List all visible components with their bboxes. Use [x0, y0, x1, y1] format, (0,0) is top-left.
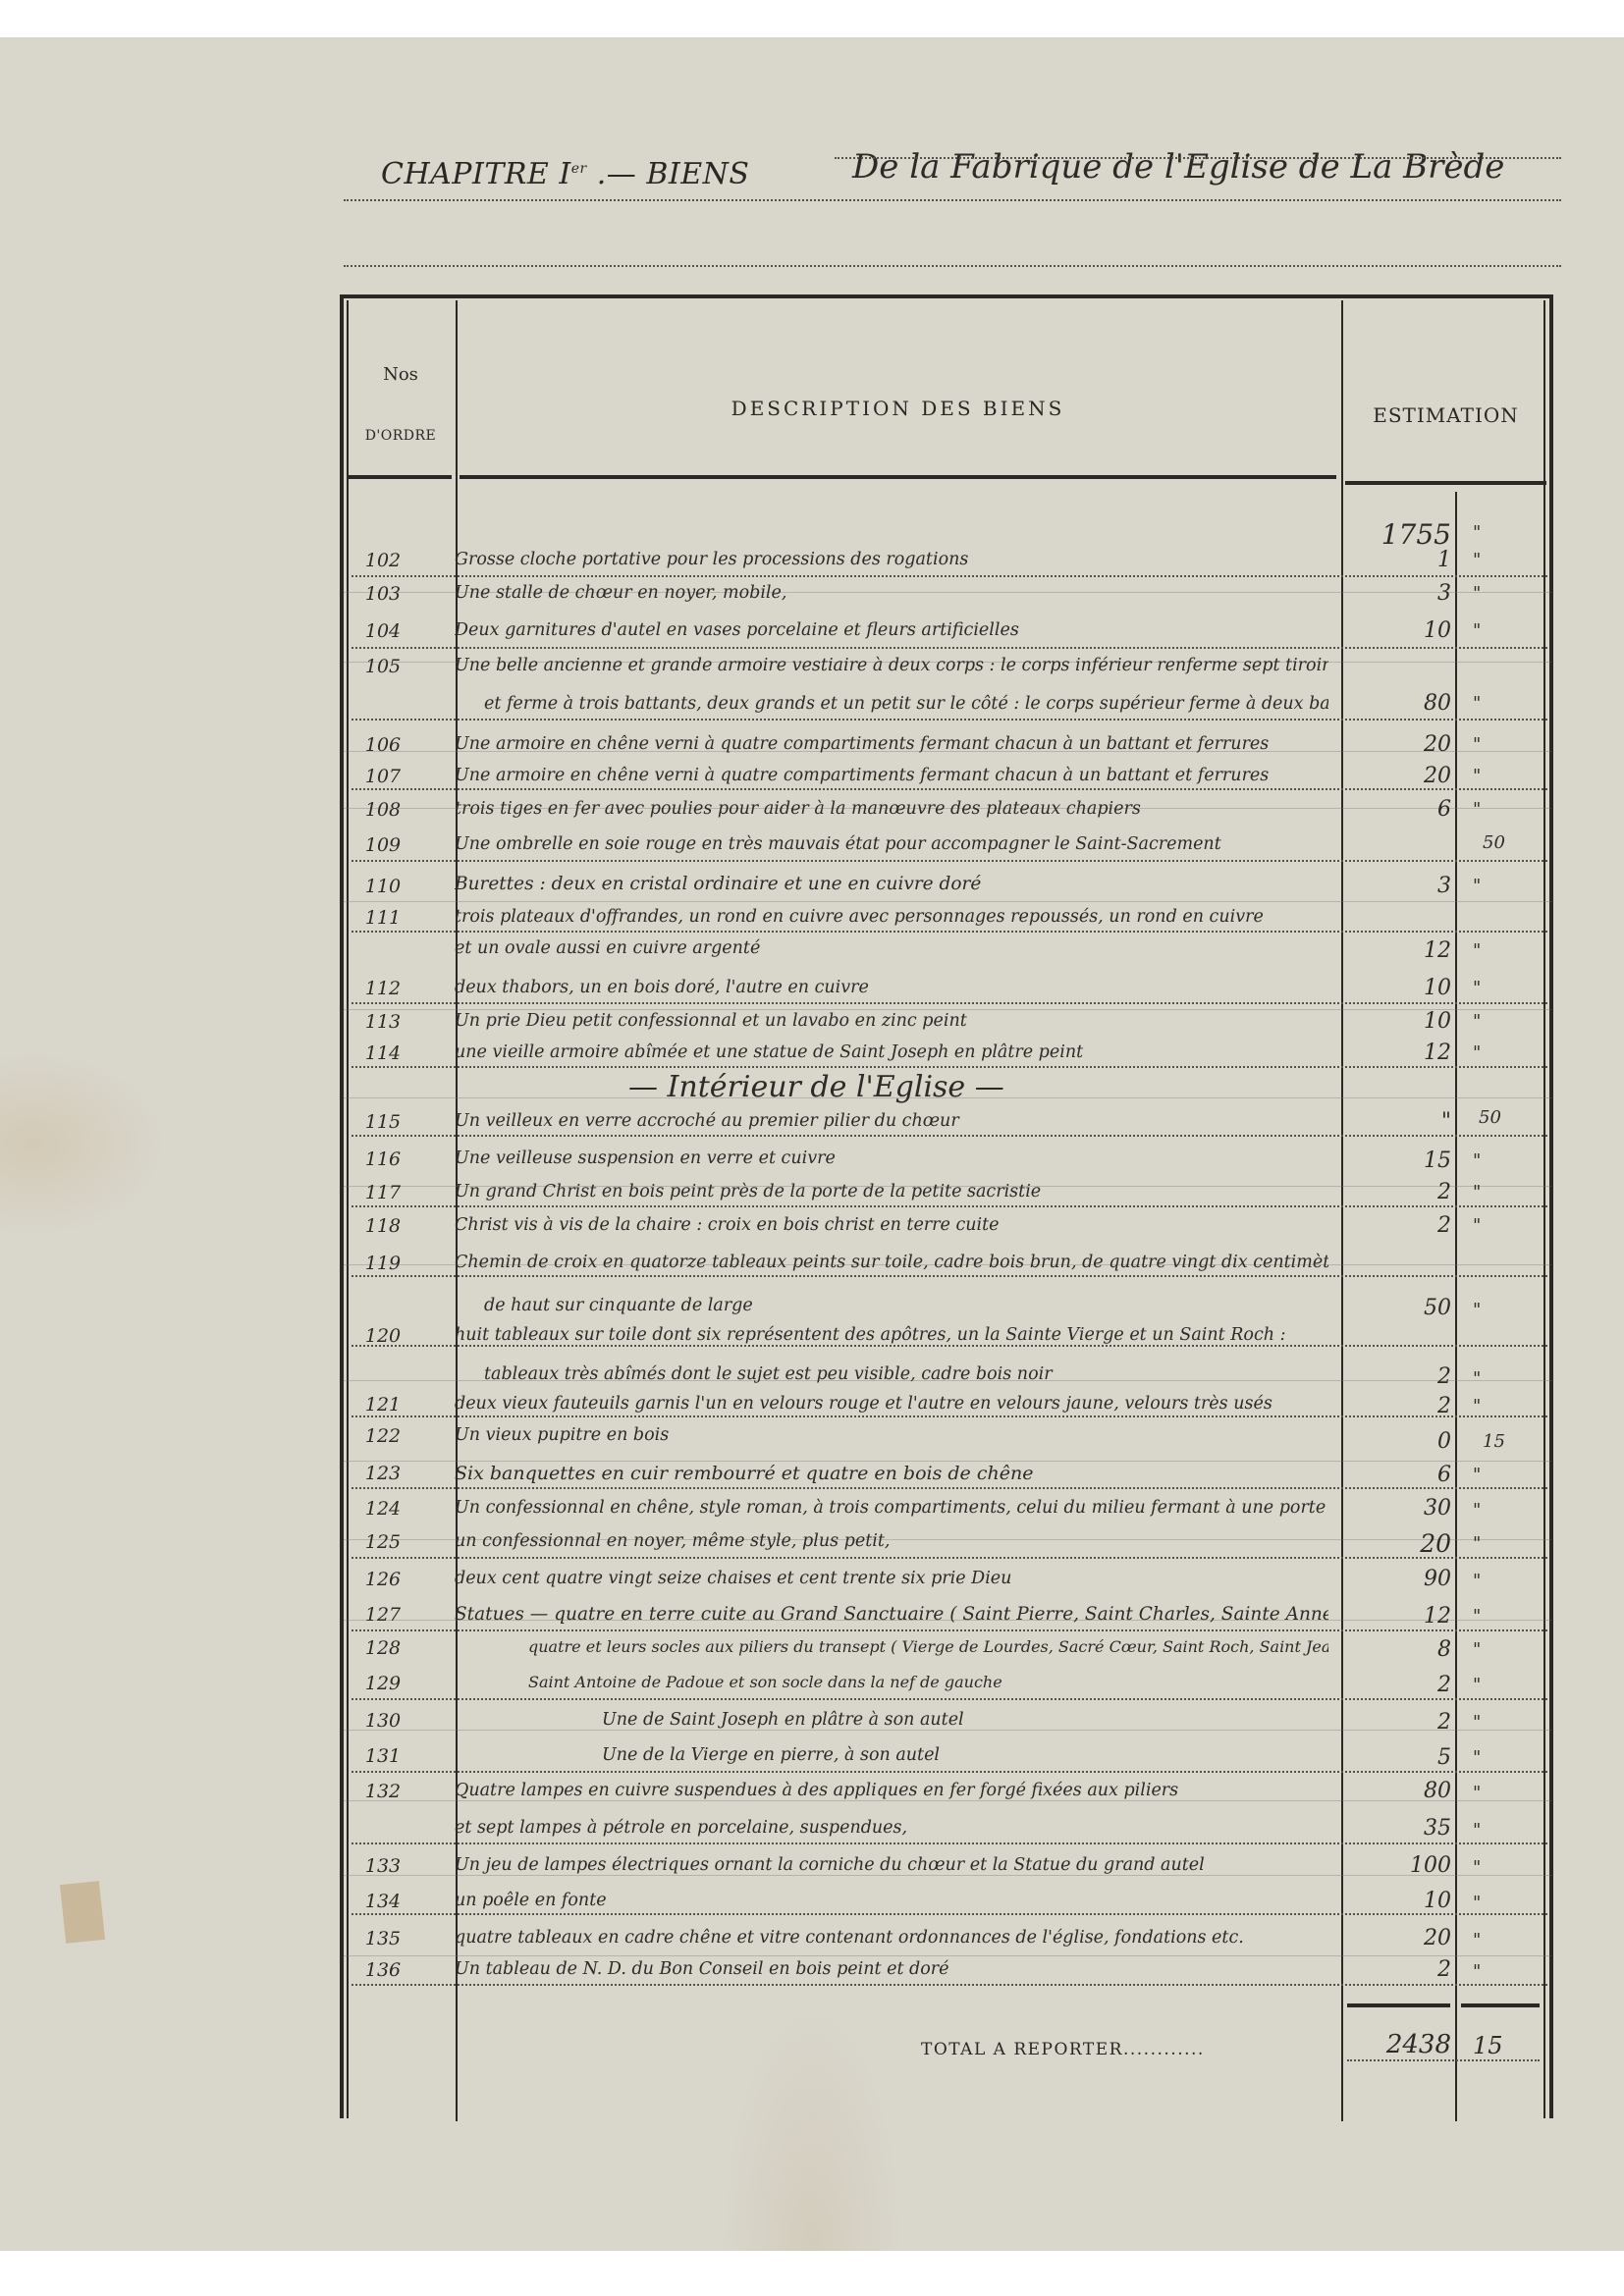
row-number: 117: [349, 1182, 417, 1203]
row-francs: 2: [1345, 1213, 1451, 1238]
row-description: deux vieux fauteuils garnis l'un en velo…: [455, 1394, 1328, 1414]
row-number: 106: [349, 734, 417, 756]
row-description: Une armoire en chêne verni à quatre comp…: [455, 766, 1328, 785]
table-top-border: [340, 294, 1551, 298]
row-centimes: ": [1473, 940, 1532, 961]
total-separator: [1347, 2003, 1450, 2007]
row-number: 118: [349, 1215, 417, 1237]
row-centimes: ": [1473, 1368, 1532, 1389]
row-francs: 12: [1345, 1604, 1451, 1629]
row-francs: 10: [1345, 976, 1451, 1000]
row-divider: [352, 1913, 1547, 1915]
row-number: 133: [349, 1855, 417, 1877]
row-number: 132: [349, 1781, 417, 1802]
row-number: 102: [349, 550, 417, 571]
row-description: Une belle ancienne et grande armoire ves…: [455, 656, 1328, 675]
row-centimes: ": [1473, 1215, 1532, 1236]
row-number: 112: [349, 978, 417, 999]
row-number: 120: [349, 1325, 417, 1347]
row-number: 123: [349, 1463, 417, 1484]
row-description: trois tiges en fer avec poulies pour aid…: [455, 799, 1328, 819]
row-francs: 2: [1345, 1364, 1451, 1389]
row-francs: 2: [1345, 1394, 1451, 1418]
row-centimes: ": [1473, 1820, 1532, 1841]
row-description: quatre tableaux en cadre chêne et vitre …: [455, 1928, 1328, 1948]
row-centimes: ": [1473, 1150, 1532, 1171]
row-number: 110: [349, 876, 417, 897]
row-number: 124: [349, 1498, 417, 1520]
chapter-heading: CHAPITRE Ier .— BIENS: [381, 157, 749, 191]
row-centimes: ": [1473, 1011, 1532, 1032]
row-description: Une veilleuse suspension en verre et cui…: [455, 1148, 1328, 1168]
row-divider: [352, 931, 1547, 933]
row-description: Chemin de croix en quatorze tableaux pei…: [455, 1253, 1328, 1272]
row-centimes: ": [1473, 1930, 1532, 1950]
row-francs: 20: [1345, 1926, 1451, 1950]
column-header-number-line1: Nos: [349, 364, 453, 385]
row-description: deux thabors, un en bois doré, l'autre e…: [455, 978, 1328, 997]
row-number: 125: [349, 1531, 417, 1553]
row-francs: 80: [1345, 691, 1451, 716]
row-centimes: ": [1473, 1783, 1532, 1803]
row-number: 113: [349, 1011, 417, 1033]
row-francs: 2: [1345, 1673, 1451, 1697]
row-description: Grosse cloche portative pour les process…: [455, 550, 1328, 569]
row-number: 119: [349, 1253, 417, 1274]
row-description: et ferme à trois battants, deux grands e…: [455, 694, 1328, 714]
row-centimes: ": [1473, 978, 1532, 998]
row-francs: 10: [1345, 1889, 1451, 1913]
row-francs: 100: [1345, 1853, 1451, 1878]
row-francs: 8: [1345, 1637, 1451, 1662]
row-centimes: ": [1473, 876, 1532, 896]
row-francs: 15: [1345, 1148, 1451, 1173]
row-francs: 5: [1345, 1745, 1451, 1770]
row-description: Un confessionnal en chêne, style roman, …: [455, 1498, 1328, 1518]
row-divider: [352, 1205, 1547, 1207]
column-header-description: DESCRIPTION DES BIENS: [460, 397, 1336, 420]
row-description: un poêle en fonte: [455, 1891, 1328, 1910]
row-number: 114: [349, 1042, 417, 1064]
row-francs: 3: [1345, 874, 1451, 898]
row-francs: 2: [1345, 1957, 1451, 1982]
row-number: 111: [349, 907, 417, 929]
row-francs: 12: [1345, 938, 1451, 963]
table-left-border: [340, 294, 344, 2118]
row-description: Un jeu de lampes électriques ornant la c…: [455, 1855, 1328, 1875]
table-right-inner-border: [1543, 300, 1545, 2118]
row-centimes: ": [1473, 1675, 1532, 1695]
total-separator: [1461, 2003, 1540, 2007]
ledger-page: CHAPITRE Ier .— BIENS De la Fabrique de …: [0, 37, 1624, 2251]
row-centimes: ": [1473, 1639, 1532, 1660]
row-number: 128: [349, 1637, 417, 1659]
row-divider: [352, 1275, 1547, 1277]
ruled-line: [344, 1955, 1551, 1956]
row-francs: 35: [1345, 1816, 1451, 1841]
row-description: quatre et leurs socles aux piliers du tr…: [455, 1637, 1328, 1656]
row-centimes: ": [1473, 1300, 1532, 1320]
row-divider: [352, 1002, 1547, 1004]
row-description: Deux garnitures d'autel en vases porcela…: [455, 620, 1328, 640]
carried-forward-centimes: ": [1473, 522, 1532, 543]
row-centimes: ": [1473, 1893, 1532, 1913]
row-description: Une de la Vierge en pierre, à son autel: [455, 1745, 1328, 1765]
total-francs: 2438: [1345, 2030, 1451, 2059]
row-centimes: ": [1473, 799, 1532, 820]
row-francs: 2: [1345, 1180, 1451, 1204]
row-number: 134: [349, 1891, 417, 1912]
row-centimes: 50: [1479, 1107, 1538, 1128]
row-francs: 6: [1345, 797, 1451, 822]
row-divider: [352, 1135, 1547, 1137]
chapter-number: I: [559, 157, 570, 191]
row-description: Saint Antoine de Padoue et son socle dan…: [455, 1673, 1328, 1691]
row-centimes: ": [1473, 1747, 1532, 1768]
row-centimes: ": [1473, 766, 1532, 786]
row-number: 115: [349, 1111, 417, 1133]
heading-dotted-line: [344, 199, 1561, 201]
row-number: 127: [349, 1604, 417, 1626]
header-separator: [460, 475, 1336, 479]
row-description: une vieille armoire abîmée et une statue…: [455, 1042, 1328, 1062]
row-description: tableaux très abîmés dont le sujet est p…: [455, 1364, 1328, 1384]
row-divider: [352, 1629, 1547, 1631]
row-number: 126: [349, 1569, 417, 1590]
row-centimes: ": [1473, 550, 1532, 570]
row-centimes: ": [1473, 583, 1532, 604]
row-divider: [352, 575, 1547, 577]
row-centimes: ": [1473, 1182, 1532, 1202]
row-divider: [352, 1345, 1547, 1347]
row-number: 129: [349, 1673, 417, 1694]
row-description: Christ vis à vis de la chaire : croix en…: [455, 1215, 1328, 1235]
row-description: Un veilleux en verre accroché au premier…: [455, 1111, 1328, 1131]
row-description: trois plateaux d'offrandes, un rond en c…: [455, 907, 1328, 927]
row-description: deux cent quatre vingt seize chaises et …: [455, 1569, 1328, 1588]
row-francs: 10: [1345, 1009, 1451, 1034]
row-description: et un ovale aussi en cuivre argenté: [455, 938, 1328, 958]
row-number: 103: [349, 583, 417, 605]
centimes-column-divider: [1455, 492, 1457, 2121]
row-francs: 12: [1345, 1041, 1451, 1065]
row-divider: [352, 860, 1547, 862]
heading-dotted-line: [344, 265, 1561, 267]
row-description: Une stalle de chœur en noyer, mobile,: [455, 583, 1328, 603]
table-right-border: [1549, 294, 1553, 2118]
paper-stain: [60, 1881, 105, 1944]
row-divider: [352, 719, 1547, 721]
row-number: 130: [349, 1710, 417, 1732]
row-divider: [352, 1698, 1547, 1700]
row-description: huit tableaux sur toile dont six représe…: [455, 1325, 1328, 1345]
row-description: de haut sur cinquante de large: [455, 1296, 1328, 1315]
row-centimes: ": [1473, 1396, 1532, 1416]
chapter-label: CHAPITRE: [381, 157, 549, 191]
row-francs: 0: [1345, 1429, 1451, 1454]
row-number: 108: [349, 799, 417, 821]
number-column-divider: [456, 300, 458, 2121]
row-francs: 1: [1345, 548, 1451, 572]
row-centimes: 50: [1483, 832, 1542, 853]
row-centimes: ": [1473, 1571, 1532, 1591]
row-number: 109: [349, 834, 417, 856]
header-separator: [349, 475, 452, 479]
row-centimes: ": [1473, 1533, 1532, 1554]
row-number: 107: [349, 766, 417, 787]
table-left-inner-border: [347, 300, 349, 2118]
total-centimes: 15: [1473, 2032, 1503, 2059]
ruled-line: [344, 901, 1551, 902]
column-header-estimation: ESTIMATION: [1345, 403, 1546, 427]
row-divider: [352, 1984, 1547, 1986]
row-francs: 30: [1345, 1496, 1451, 1521]
row-francs: 20: [1345, 732, 1451, 757]
row-description: Une de Saint Joseph en plâtre à son aute…: [455, 1710, 1328, 1730]
row-number: 105: [349, 656, 417, 677]
row-number: 136: [349, 1959, 417, 1981]
row-centimes: ": [1473, 1500, 1532, 1521]
chapter-title-printed: .— BIENS: [597, 157, 750, 191]
total-dotted-line: [1347, 2059, 1540, 2061]
row-divider: [352, 788, 1547, 790]
row-description: Un tableau de N. D. du Bon Conseil en bo…: [455, 1959, 1328, 1979]
row-francs: 80: [1345, 1779, 1451, 1803]
row-description: Six banquettes en cuir rembourré et quat…: [455, 1463, 1328, 1484]
row-description: Burettes : deux en cristal ordinaire et …: [455, 874, 1328, 894]
row-centimes: 15: [1483, 1431, 1542, 1452]
row-centimes: ": [1473, 693, 1532, 714]
chapter-title-handwritten: De la Fabrique de l'Eglise de La Brède: [852, 147, 1504, 187]
row-francs: 90: [1345, 1567, 1451, 1591]
row-centimes: ": [1473, 734, 1532, 755]
row-francs: ": [1345, 1109, 1451, 1134]
header-separator: [1345, 481, 1546, 485]
description-column-divider: [1341, 300, 1343, 2121]
carried-forward-francs: 1755: [1345, 518, 1451, 551]
row-description: Une ombrelle en soie rouge en très mauva…: [455, 834, 1328, 854]
row-description: Un vieux pupitre en bois: [455, 1425, 1328, 1445]
row-description: Un prie Dieu petit confessionnal et un l…: [455, 1011, 1328, 1031]
row-francs: 2: [1345, 1710, 1451, 1735]
row-centimes: ": [1473, 1857, 1532, 1878]
row-divider: [352, 1771, 1547, 1773]
ruled-line: [344, 1461, 1551, 1462]
row-divider: [352, 1842, 1547, 1844]
row-francs: 3: [1345, 581, 1451, 606]
row-number: 135: [349, 1928, 417, 1949]
row-number: 116: [349, 1148, 417, 1170]
row-divider: [352, 647, 1547, 649]
row-centimes: ": [1473, 1961, 1532, 1982]
section-heading-interieur: — Intérieur de l'Eglise —: [628, 1070, 1004, 1104]
chapter-suffix: er: [571, 161, 587, 177]
row-centimes: ": [1473, 1465, 1532, 1485]
row-description: et sept lampes à pétrole en porcelaine, …: [455, 1818, 1328, 1838]
row-divider: [352, 1066, 1547, 1068]
row-francs: 20: [1345, 1529, 1451, 1558]
row-divider: [352, 1487, 1547, 1489]
row-description: Une armoire en chêne verni à quatre comp…: [455, 734, 1328, 754]
row-number: 121: [349, 1394, 417, 1415]
row-description: Un grand Christ en bois peint près de la…: [455, 1182, 1328, 1201]
row-centimes: ": [1473, 1712, 1532, 1733]
total-label: TOTAL A REPORTER............: [921, 2040, 1205, 2059]
row-centimes: ": [1473, 1042, 1532, 1063]
row-francs: 10: [1345, 618, 1451, 643]
column-header-number-line2: D'ORDRE: [349, 428, 453, 444]
row-centimes: ": [1473, 1606, 1532, 1627]
row-number: 131: [349, 1745, 417, 1767]
row-description: Quatre lampes en cuivre suspendues à des…: [455, 1781, 1328, 1800]
row-number: 104: [349, 620, 417, 642]
row-description: un confessionnal en noyer, même style, p…: [455, 1531, 1328, 1551]
row-centimes: ": [1473, 620, 1532, 641]
row-description: Statues — quatre en terre cuite au Grand…: [455, 1604, 1328, 1625]
row-francs: 20: [1345, 764, 1451, 788]
row-francs: 50: [1345, 1296, 1451, 1320]
heading-dotted-line: [835, 157, 1561, 159]
row-francs: 6: [1345, 1463, 1451, 1487]
row-number: 122: [349, 1425, 417, 1447]
